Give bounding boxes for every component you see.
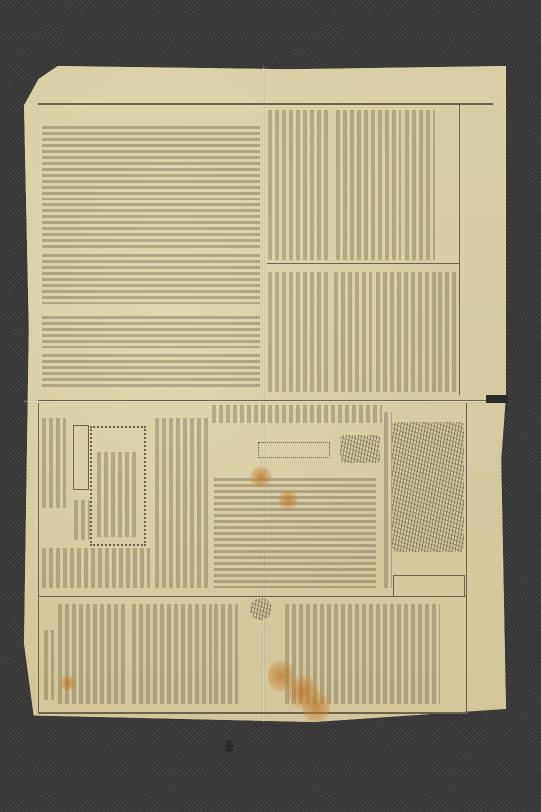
water-stain — [250, 466, 272, 488]
water-stain — [278, 490, 298, 510]
section-rule — [38, 596, 466, 597]
bottom-border — [38, 712, 468, 714]
text-columns — [334, 272, 372, 392]
paper-tear — [225, 740, 233, 752]
water-stain — [302, 690, 330, 724]
text-columns — [376, 272, 436, 392]
text-block — [42, 316, 260, 348]
text-columns — [384, 412, 392, 588]
left-border — [38, 403, 39, 713]
text-columns — [268, 110, 330, 260]
byline-columns — [74, 500, 90, 540]
text-columns — [438, 272, 458, 392]
right-border — [466, 403, 467, 713]
text-block — [42, 203, 260, 251]
text-columns — [97, 452, 137, 537]
headline-frame — [258, 442, 330, 458]
text-columns — [418, 604, 440, 704]
text-columns — [42, 418, 66, 508]
masthead-rule — [38, 103, 493, 105]
text-block — [42, 126, 260, 148]
cart-illustration — [340, 435, 380, 463]
text-columns — [132, 604, 212, 704]
text-columns — [336, 110, 401, 260]
text-columns — [42, 548, 150, 588]
text-columns — [44, 630, 54, 700]
text-columns — [155, 418, 210, 588]
text-columns — [214, 604, 238, 704]
water-stain — [60, 675, 76, 691]
headline-frame — [73, 425, 89, 490]
section-rule — [267, 263, 459, 264]
paper-tear — [486, 395, 508, 403]
text-columns — [268, 272, 328, 392]
text-block — [42, 354, 260, 390]
caption-box — [393, 575, 465, 597]
masthead — [55, 84, 495, 102]
farmer-illustration — [250, 598, 272, 620]
section-rule — [38, 400, 498, 401]
text-block — [42, 254, 260, 304]
text-columns — [405, 110, 435, 260]
column-rule — [459, 105, 460, 395]
text-block — [42, 150, 260, 200]
vertical-fold-crease — [262, 66, 265, 722]
text-columns — [212, 405, 382, 423]
woodcut-image — [392, 422, 464, 552]
